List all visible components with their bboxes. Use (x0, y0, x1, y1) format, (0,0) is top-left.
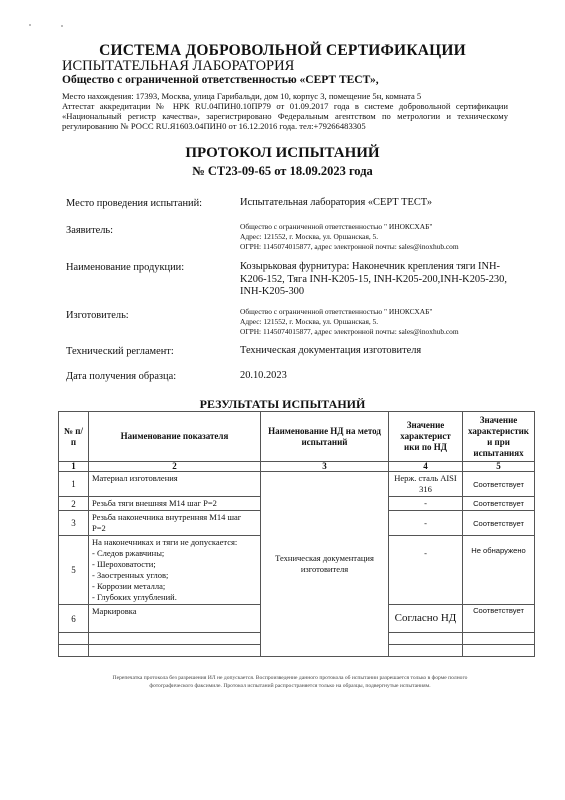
empty-cell (59, 645, 89, 657)
accreditation-line-3: регулированию № РОСС RU.Я1603.04ПИН0 от … (62, 121, 366, 131)
column-number: 1 (59, 462, 89, 472)
indicator-list-item: - Заостренных углов; (92, 570, 257, 581)
manufacturer-line: Общество с ограниченной ответственностью… (240, 307, 459, 317)
indicator-list-item: - Следов ржавчины; (92, 548, 257, 559)
product-label: Наименование продукции: (66, 262, 184, 273)
empty-cell (463, 645, 535, 657)
indicator-name: Резьба наконечника внутренняя М14 шаг Р=… (89, 511, 261, 536)
empty-cell (463, 633, 535, 645)
indicator-list-item: - Коррозии металла; (92, 581, 257, 592)
lab-address: Место нахождения: 17393, Москва, улица Г… (62, 91, 421, 101)
empty-cell (389, 633, 463, 645)
applicant-line: ОГРН: 1145074015877, адрес электронной п… (240, 242, 459, 252)
empty-cell (89, 645, 261, 657)
header-test-value: Значение характеристик и при испытаниях (463, 412, 535, 462)
nd-value: Согласно НД (389, 605, 463, 633)
header-method: Наименование НД на метод испытаний (261, 412, 389, 462)
accreditation-line-1: Аттестат аккредитации № НРК RU.04ПИН0.10… (62, 101, 508, 111)
method-nd: Техническая документация изготовителя (261, 472, 389, 657)
header-indicator: Наименование показателя (89, 412, 261, 462)
test-result: Соответствует (463, 605, 535, 633)
indicator-list-item: - Глубоких углублений. (92, 592, 257, 603)
indicator-name: Резьба тяги внешняя М14 шаг Р=2 (89, 497, 261, 511)
column-number: 4 (389, 462, 463, 472)
header-nd-value: Значение характерист ики по НД (389, 412, 463, 462)
empty-cell (89, 633, 261, 645)
table-row: 1 Материал изготовления Техническая доку… (59, 472, 535, 497)
place-label: Место проведения испытаний: (66, 198, 202, 209)
indicator-list-item: - Шероховатости; (92, 559, 257, 570)
footer-disclaimer: Перепечатка протокола без разрешения ИЛ … (75, 674, 505, 690)
lab-heading: ИСПЫТАТЕЛЬНАЯ ЛАБОРАТОРИЯ (62, 58, 294, 75)
scan-speck (29, 24, 31, 26)
header-number: № п/п (59, 412, 89, 462)
indicator-name: На наконечниках и тяги не допускается: -… (89, 536, 261, 605)
regulation-value: Техническая документация изготовителя (240, 345, 421, 358)
nd-value: Нерж. сталь AISI 316 (389, 472, 463, 497)
applicant-label: Заявитель: (66, 225, 113, 236)
organization-name: Общество с ограниченной ответственностью… (62, 74, 379, 86)
product-value: Козырьковая фурнитура: Наконечник крепле… (240, 261, 515, 299)
results-table: № п/п Наименование показателя Наименован… (58, 411, 535, 657)
column-number: 2 (89, 462, 261, 472)
row-number: 1 (59, 472, 89, 497)
accreditation-line-2: «Национальный регистр качества», зарегис… (62, 111, 508, 121)
indicator-name: Маркировка (89, 605, 261, 633)
results-title: РЕЗУЛЬТАТЫ ИСПЫТАНИЙ (0, 397, 565, 412)
row-number: 5 (59, 536, 89, 605)
test-result: Соответствует (463, 497, 535, 511)
column-number: 5 (463, 462, 535, 472)
applicant-line: Адрес: 121552, г. Москва, ул. Оршанская,… (240, 232, 459, 242)
empty-cell (59, 633, 89, 645)
scan-speck (61, 25, 63, 27)
applicant-line: Общество с ограниченной ответственностью… (240, 222, 459, 232)
empty-cell (389, 645, 463, 657)
sample-date-label: Дата получения образца: (66, 371, 176, 382)
nd-value: - (389, 497, 463, 511)
manufacturer-line: ОГРН: 1145074015877, адрес электронной п… (240, 327, 459, 337)
manufacturer-value: Общество с ограниченной ответственностью… (240, 307, 459, 337)
applicant-value: Общество с ограниченной ответственностью… (240, 222, 459, 252)
column-number-row: 1 2 3 4 5 (59, 462, 535, 472)
footer-line: фотографического факсимиле. Протокол исп… (75, 682, 505, 690)
footer-line: Перепечатка протокола без разрешения ИЛ … (75, 674, 505, 682)
results-header-row: № п/п Наименование показателя Наименован… (59, 412, 535, 462)
indicator-name: Материал изготовления (89, 472, 261, 497)
row-number: 2 (59, 497, 89, 511)
indicator-name-text: На наконечниках и тяги не допускается: (92, 537, 257, 548)
manufacturer-label: Изготовитель: (66, 310, 129, 321)
nd-value: - (389, 511, 463, 536)
protocol-number: № СТ23-09-65 от 18.09.2023 года (0, 164, 565, 179)
column-number: 3 (261, 462, 389, 472)
manufacturer-line: Адрес: 121552, г. Москва, ул. Оршанская,… (240, 317, 459, 327)
protocol-title: ПРОТОКОЛ ИСПЫТАНИЙ (0, 145, 565, 162)
place-value: Испытательная лаборатория «СЕРТ ТЕСТ» (240, 197, 432, 210)
test-result: Соответствует (463, 511, 535, 536)
regulation-label: Технический регламент: (66, 346, 174, 357)
row-number: 6 (59, 605, 89, 633)
test-result: Соответствует (463, 472, 535, 497)
row-number: 3 (59, 511, 89, 536)
sample-date-value: 20.10.2023 (240, 370, 287, 383)
nd-value: - (389, 536, 463, 605)
test-result: Не обнаружено (463, 536, 535, 605)
